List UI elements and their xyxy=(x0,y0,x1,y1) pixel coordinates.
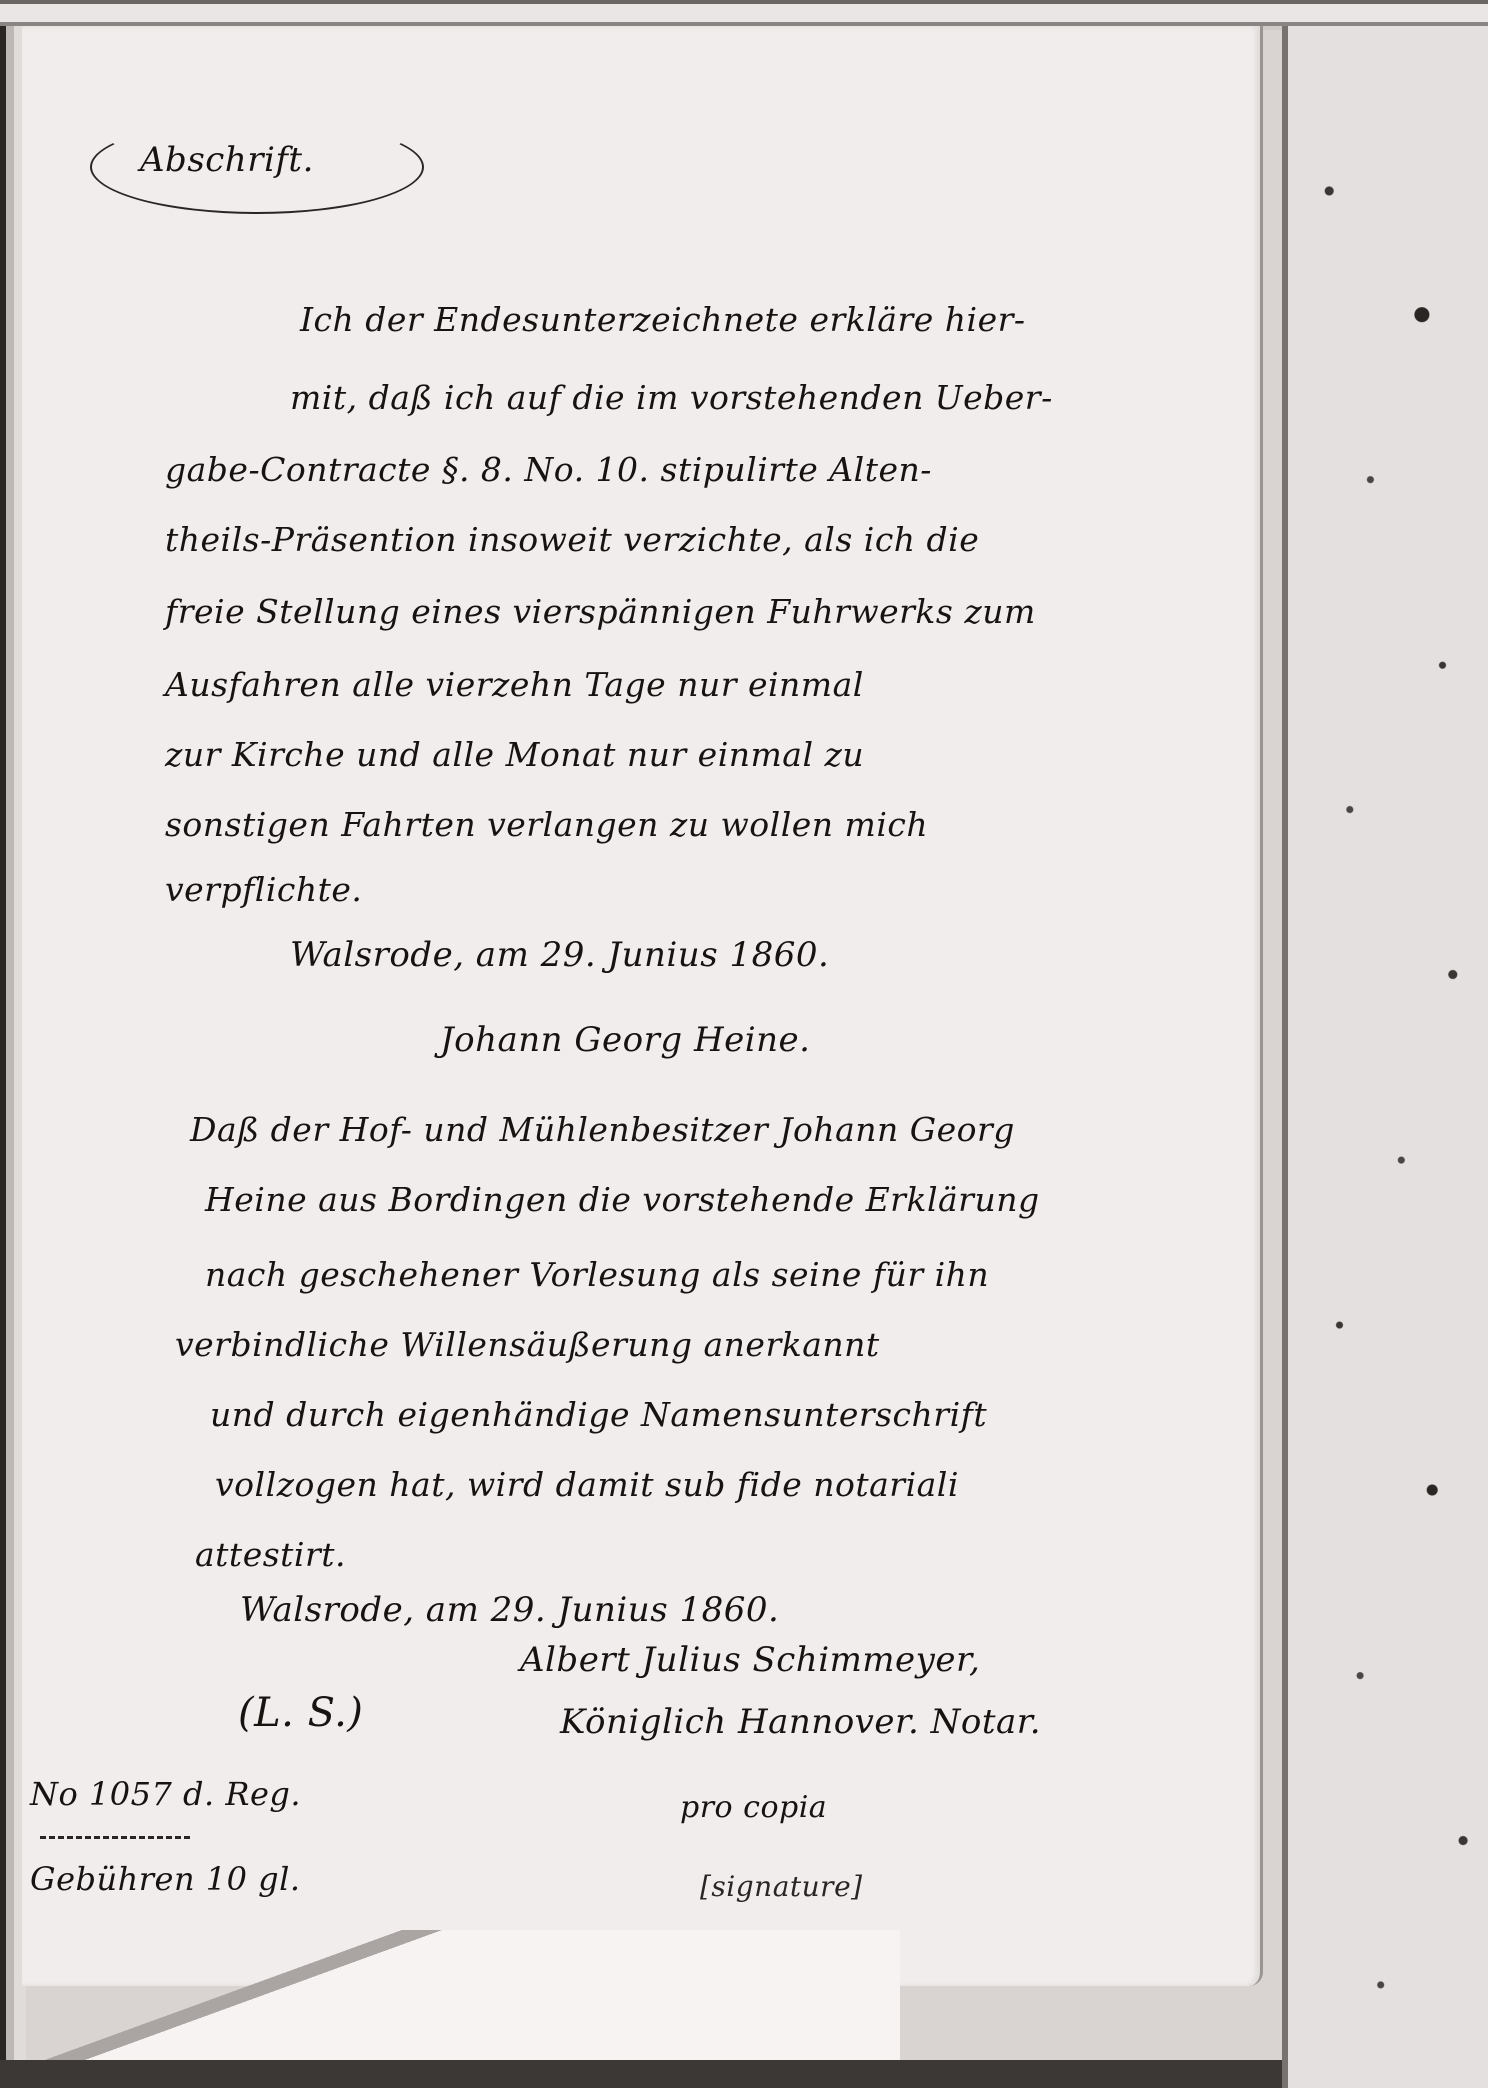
declaration-line: Ich der Endesunterzeichnete erkläre hier… xyxy=(300,300,1026,339)
notary-title: Königlich Hannover. Notar. xyxy=(560,1702,1041,1742)
photo-frame-bottom xyxy=(0,2060,1282,2088)
attestation-line: Daß der Hof- und Mühlenbesitzer Johann G… xyxy=(190,1110,1015,1149)
declaration-line: freie Stellung eines vierspännigen Fuhrw… xyxy=(165,592,1036,631)
declaration-line: gabe-Contracte §. 8. No. 10. stipulirte … xyxy=(165,450,932,489)
attestation-line: Heine aus Bordingen die vorstehende Erkl… xyxy=(205,1180,1040,1219)
attestation-line: und durch eigenhändige Namensunterschrif… xyxy=(210,1395,987,1434)
attestation-place-date: Walsrode, am 29. Junius 1860. xyxy=(240,1590,779,1630)
copyist-signature: [signature] xyxy=(700,1870,863,1903)
attestation-line: attestirt. xyxy=(195,1535,346,1574)
declaration-line: verpflichte. xyxy=(165,870,362,909)
declaration-line-text: Ausfahren alle vierzehn Tage nur einmal xyxy=(165,665,864,704)
declarant-signature: Johann Georg Heine. xyxy=(440,1020,810,1060)
declaration-line: mit, daß ich auf die im vorstehenden Ueb… xyxy=(290,378,1053,417)
document-heading: Abschrift. xyxy=(140,140,314,180)
register-underline-flourish xyxy=(40,1828,190,1839)
pro-copia-label: pro copia xyxy=(680,1790,827,1825)
attestation-line: vollzogen hat, wird damit sub fide notar… xyxy=(215,1465,959,1504)
declaration-line: Ausfahren alle vierzehn Tage nur einmal xyxy=(165,665,864,704)
attestation-line: nach geschehener Vorlesung als seine für… xyxy=(205,1255,989,1294)
declaration-line: theils-Präsention insoweit verzichte, al… xyxy=(165,520,979,559)
attestation-line: verbindliche Willensäußerung anerkannt xyxy=(175,1325,880,1364)
fees-note: Gebühren 10 gl. xyxy=(30,1860,301,1898)
declaration-line: zur Kirche und alle Monat nur einmal zu xyxy=(165,735,864,774)
declaration-line: sonstigen Fahrten verlangen zu wollen mi… xyxy=(165,805,928,844)
notary-name: Albert Julius Schimmeyer, xyxy=(520,1640,980,1680)
speckled-backing-board xyxy=(1282,26,1488,2088)
declaration-place-date: Walsrode, am 29. Junius 1860. xyxy=(290,935,829,975)
register-number-note: No 1057 d. Reg. xyxy=(30,1775,301,1813)
notary-seal-mark: (L. S.) xyxy=(238,1690,363,1736)
